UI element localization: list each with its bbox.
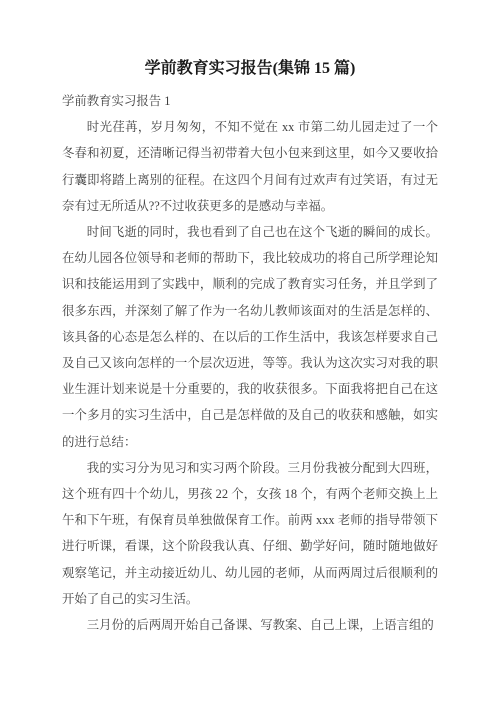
paragraph-2: 时间飞逝的同时，我也看到了自己也在这个飞逝的瞬间的成长。在幼儿园各位领导和老师的… — [62, 219, 438, 455]
paragraph-3: 我的实习分为见习和实习两个阶段。三月份我被分配到大四班，这个班有四十个幼儿，男孩… — [62, 455, 438, 612]
paragraph-4: 三月份的后两周开始自己备课、写教案、自己上课，上语言组的 — [62, 612, 438, 638]
paragraph-1: 时光荏苒，岁月匆匆，不知不觉在 xx 市第二幼儿园走过了一个冬春和初夏，还清晰记… — [62, 114, 438, 219]
document-title: 学前教育实习报告(集锦 15 篇) — [62, 57, 438, 81]
document-page: 学前教育实习报告(集锦 15 篇) 学前教育实习报告 1 时光荏苒，岁月匆匆，不… — [0, 0, 500, 707]
section-heading: 学前教育实习报告 1 — [62, 88, 438, 114]
